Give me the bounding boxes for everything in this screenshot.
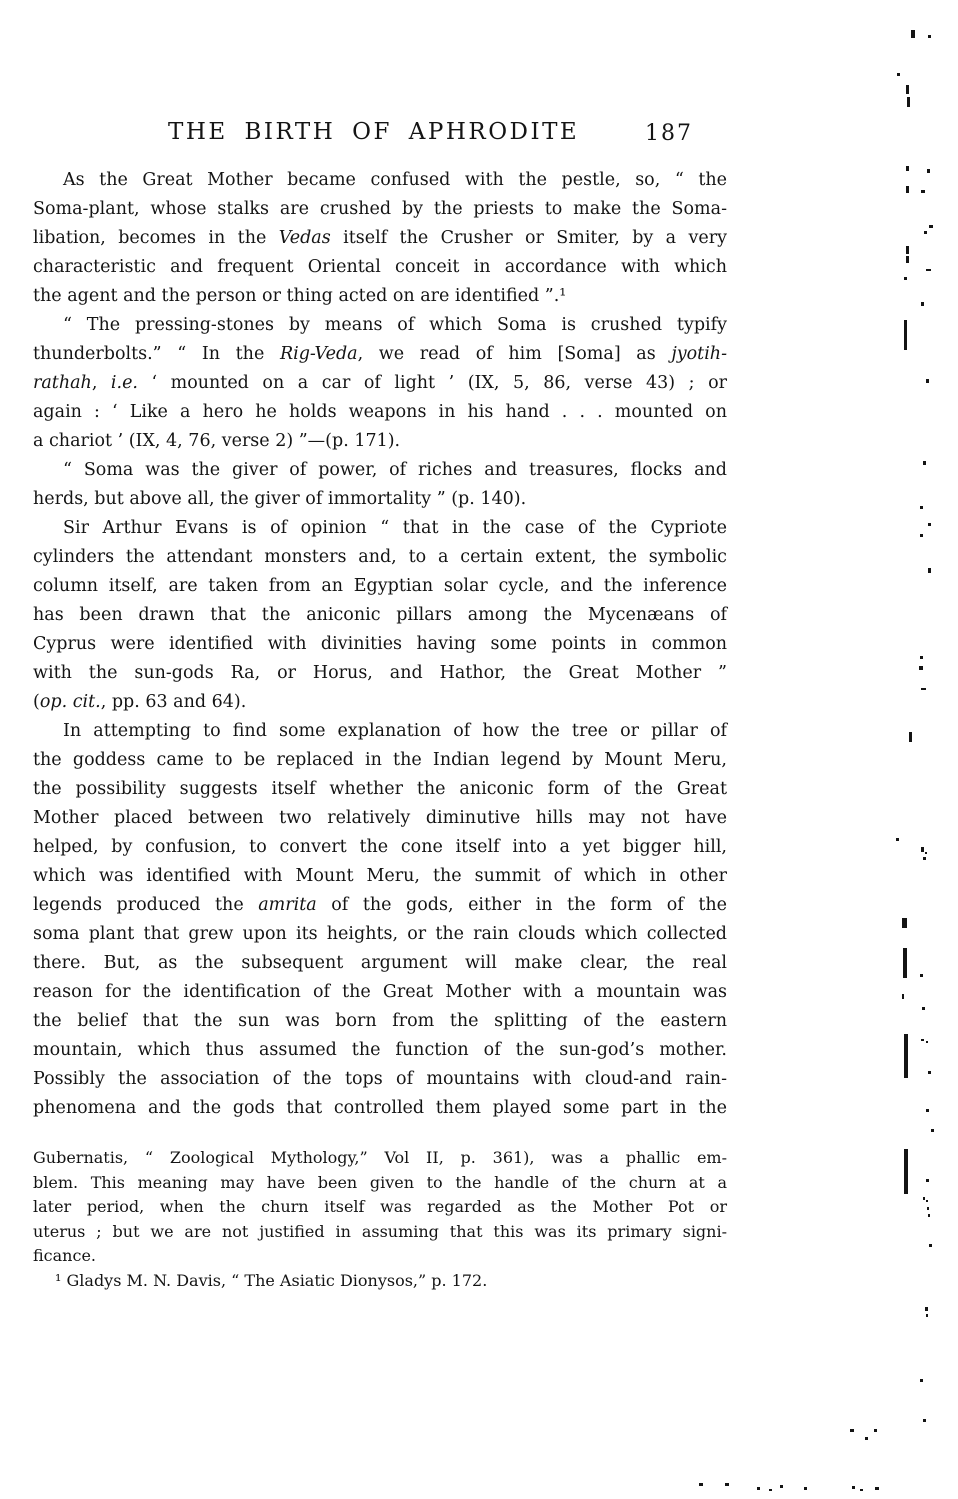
scan-speckle bbox=[925, 852, 927, 854]
text-line: reason for the identification of the Gre… bbox=[33, 978, 727, 1007]
scan-speckle bbox=[923, 1419, 926, 1422]
scan-speckle bbox=[926, 1200, 928, 1202]
scan-speckle bbox=[906, 166, 909, 171]
scan-speckle bbox=[852, 1486, 855, 1489]
scan-speckle bbox=[928, 523, 931, 526]
scan-speckle bbox=[926, 269, 931, 271]
scan-speckle bbox=[923, 857, 926, 860]
text-line: “ Soma was the giver of power, of riches… bbox=[33, 456, 727, 485]
text-line: Sir Arthur Evans is of opinion “ that in… bbox=[33, 514, 727, 543]
scan-speckle bbox=[904, 1034, 908, 1078]
running-header-title: THE BIRTH OF APHRODITE bbox=[168, 119, 579, 145]
scan-speckle bbox=[928, 1214, 930, 1217]
paragraph: As the Great Mother became confused with… bbox=[33, 166, 727, 311]
scan-speckle bbox=[769, 1489, 772, 1491]
scan-speckle bbox=[904, 1149, 908, 1194]
text-line: helped, by confusion, to convert the con… bbox=[33, 833, 727, 862]
scan-speckle bbox=[923, 461, 926, 465]
text-line: characteristic and frequent Oriental con… bbox=[33, 253, 727, 282]
text-line: Cyprus were identified with divinities h… bbox=[33, 630, 727, 659]
scan-speckle bbox=[921, 190, 925, 193]
text-line: the belief that the sun was born from th… bbox=[33, 1007, 727, 1036]
text-line: phenomena and the gods that controlled t… bbox=[33, 1094, 727, 1123]
scan-speckle bbox=[865, 1437, 868, 1440]
scan-speckle bbox=[911, 30, 915, 38]
text-line: soma plant that grew upon its heights, o… bbox=[33, 920, 727, 949]
scan-speckle bbox=[921, 688, 926, 690]
scan-speckle bbox=[906, 85, 909, 94]
scan-speckle bbox=[920, 534, 923, 537]
paragraph: “ The pressing-stones by means of which … bbox=[33, 311, 727, 456]
text-line: Possibly the association of the tops of … bbox=[33, 1065, 727, 1094]
scan-speckle bbox=[931, 1129, 934, 1132]
text-line: rathah, i.e. ‘ mounted on a car of light… bbox=[33, 369, 727, 398]
text-line: Gubernatis, “ Zoological Mythology,” Vol… bbox=[33, 1146, 727, 1171]
text-line: As the Great Mother became confused with… bbox=[33, 166, 727, 195]
scan-speckle bbox=[926, 379, 929, 383]
text-line: the possibility suggests itself whether … bbox=[33, 775, 727, 804]
scan-speckle bbox=[921, 1039, 924, 1041]
text-line: uterus ; but we are not justified in ass… bbox=[33, 1220, 727, 1245]
scan-speckle bbox=[903, 948, 907, 978]
scan-speckle bbox=[923, 1197, 925, 1200]
scan-speckle bbox=[921, 847, 924, 852]
scan-speckle bbox=[926, 1314, 928, 1317]
scan-speckle bbox=[906, 256, 909, 263]
scan-speckle bbox=[920, 506, 923, 509]
scan-speckle bbox=[925, 1307, 928, 1311]
book-page: THE BIRTH OF APHRODITE 187 As the Great … bbox=[0, 0, 958, 1499]
scan-speckle bbox=[924, 231, 927, 234]
text-line: which was identified with Mount Meru, th… bbox=[33, 862, 727, 891]
text-line: In attempting to find some explanation o… bbox=[33, 717, 727, 746]
text-line: Mother placed between two relatively dim… bbox=[33, 804, 727, 833]
text-line: cylinders the attendant monsters and, to… bbox=[33, 543, 727, 572]
text-line: blem. This meaning may have been given t… bbox=[33, 1171, 727, 1196]
scan-speckle bbox=[928, 568, 931, 573]
scan-speckle bbox=[874, 1429, 877, 1432]
scan-speckle bbox=[927, 169, 930, 173]
scan-speckle bbox=[926, 1179, 929, 1182]
page-number: 187 bbox=[645, 121, 693, 146]
scan-speckle bbox=[922, 1007, 925, 1010]
scan-speckle bbox=[909, 732, 912, 742]
text-line: thunderbolts.” “ In the Rig-Veda, we rea… bbox=[33, 340, 727, 369]
text-line: libation, becomes in the Vedas itself th… bbox=[33, 224, 727, 253]
scan-speckle bbox=[928, 1071, 931, 1074]
scan-speckle bbox=[929, 1244, 932, 1247]
scan-speckle bbox=[902, 994, 904, 999]
text-line: herds, but above all, the giver of immor… bbox=[33, 485, 727, 514]
scan-speckle bbox=[919, 666, 923, 670]
scan-speckle bbox=[904, 277, 907, 280]
text-line: with the sun-gods Ra, or Horus, and Hath… bbox=[33, 659, 727, 688]
scan-speckle bbox=[875, 1487, 879, 1490]
paragraph: “ Soma was the giver of power, of riches… bbox=[33, 456, 727, 514]
scan-speckle bbox=[780, 1485, 783, 1488]
scan-speckle bbox=[902, 918, 907, 928]
scan-speckle bbox=[896, 838, 899, 841]
text-line: there. But, as the subsequent argument w… bbox=[33, 949, 727, 978]
text-line: ¹ Gladys M. N. Davis, “ The Asiatic Dion… bbox=[33, 1269, 727, 1294]
scan-speckle bbox=[926, 1041, 928, 1043]
scan-speckle bbox=[929, 225, 933, 228]
scan-speckle bbox=[920, 1379, 923, 1382]
paragraph: Sir Arthur Evans is of opinion “ that in… bbox=[33, 514, 727, 717]
scan-speckle bbox=[928, 35, 931, 38]
paragraph: Gubernatis, “ Zoological Mythology,” Vol… bbox=[33, 1146, 727, 1269]
text-line: (op. cit., pp. 63 and 64). bbox=[33, 688, 727, 717]
text-line: mountain, which thus assumed the functio… bbox=[33, 1036, 727, 1065]
text-line: later period, when the churn itself was … bbox=[33, 1195, 727, 1220]
text-line: legends produced the amrita of the gods,… bbox=[33, 891, 727, 920]
text-line: has been drawn that the aniconic pillars… bbox=[33, 601, 727, 630]
text-line: Soma-plant, whose stalks are crushed by … bbox=[33, 195, 727, 224]
scan-speckle bbox=[920, 974, 923, 977]
scan-speckle bbox=[860, 1489, 863, 1491]
scan-speckle bbox=[906, 246, 909, 254]
scan-speckle bbox=[921, 302, 924, 306]
footnotes-section: Gubernatis, “ Zoological Mythology,” Vol… bbox=[33, 1146, 727, 1293]
text-line: a chariot ’ (IX, 4, 76, verse 2) ”—(p. 1… bbox=[33, 427, 727, 456]
scan-speckle bbox=[926, 1109, 929, 1112]
scan-speckle bbox=[897, 73, 900, 76]
scan-speckle bbox=[804, 1487, 807, 1490]
text-line: column itself, are taken from an Egyptia… bbox=[33, 572, 727, 601]
scan-speckle bbox=[850, 1429, 854, 1432]
scan-speckle bbox=[725, 1483, 729, 1486]
paragraph: In attempting to find some explanation o… bbox=[33, 717, 727, 1123]
text-line: again : ‘ Like a hero he holds weapons i… bbox=[33, 398, 727, 427]
scan-speckle bbox=[906, 186, 909, 193]
paragraph: ¹ Gladys M. N. Davis, “ The Asiatic Dion… bbox=[33, 1269, 727, 1294]
scan-speckle bbox=[927, 1207, 929, 1210]
text-line: the goddess came to be replaced in the I… bbox=[33, 746, 727, 775]
scan-speckle bbox=[907, 97, 910, 107]
text-line: ficance. bbox=[33, 1244, 727, 1269]
scan-speckle bbox=[904, 320, 907, 350]
scan-speckle bbox=[757, 1487, 760, 1490]
text-line: the agent and the person or thing acted … bbox=[33, 282, 727, 311]
scan-speckle bbox=[920, 656, 923, 659]
page-body-text: As the Great Mother became confused with… bbox=[33, 166, 727, 1123]
scan-speckle bbox=[699, 1483, 703, 1486]
text-line: “ The pressing-stones by means of which … bbox=[33, 311, 727, 340]
